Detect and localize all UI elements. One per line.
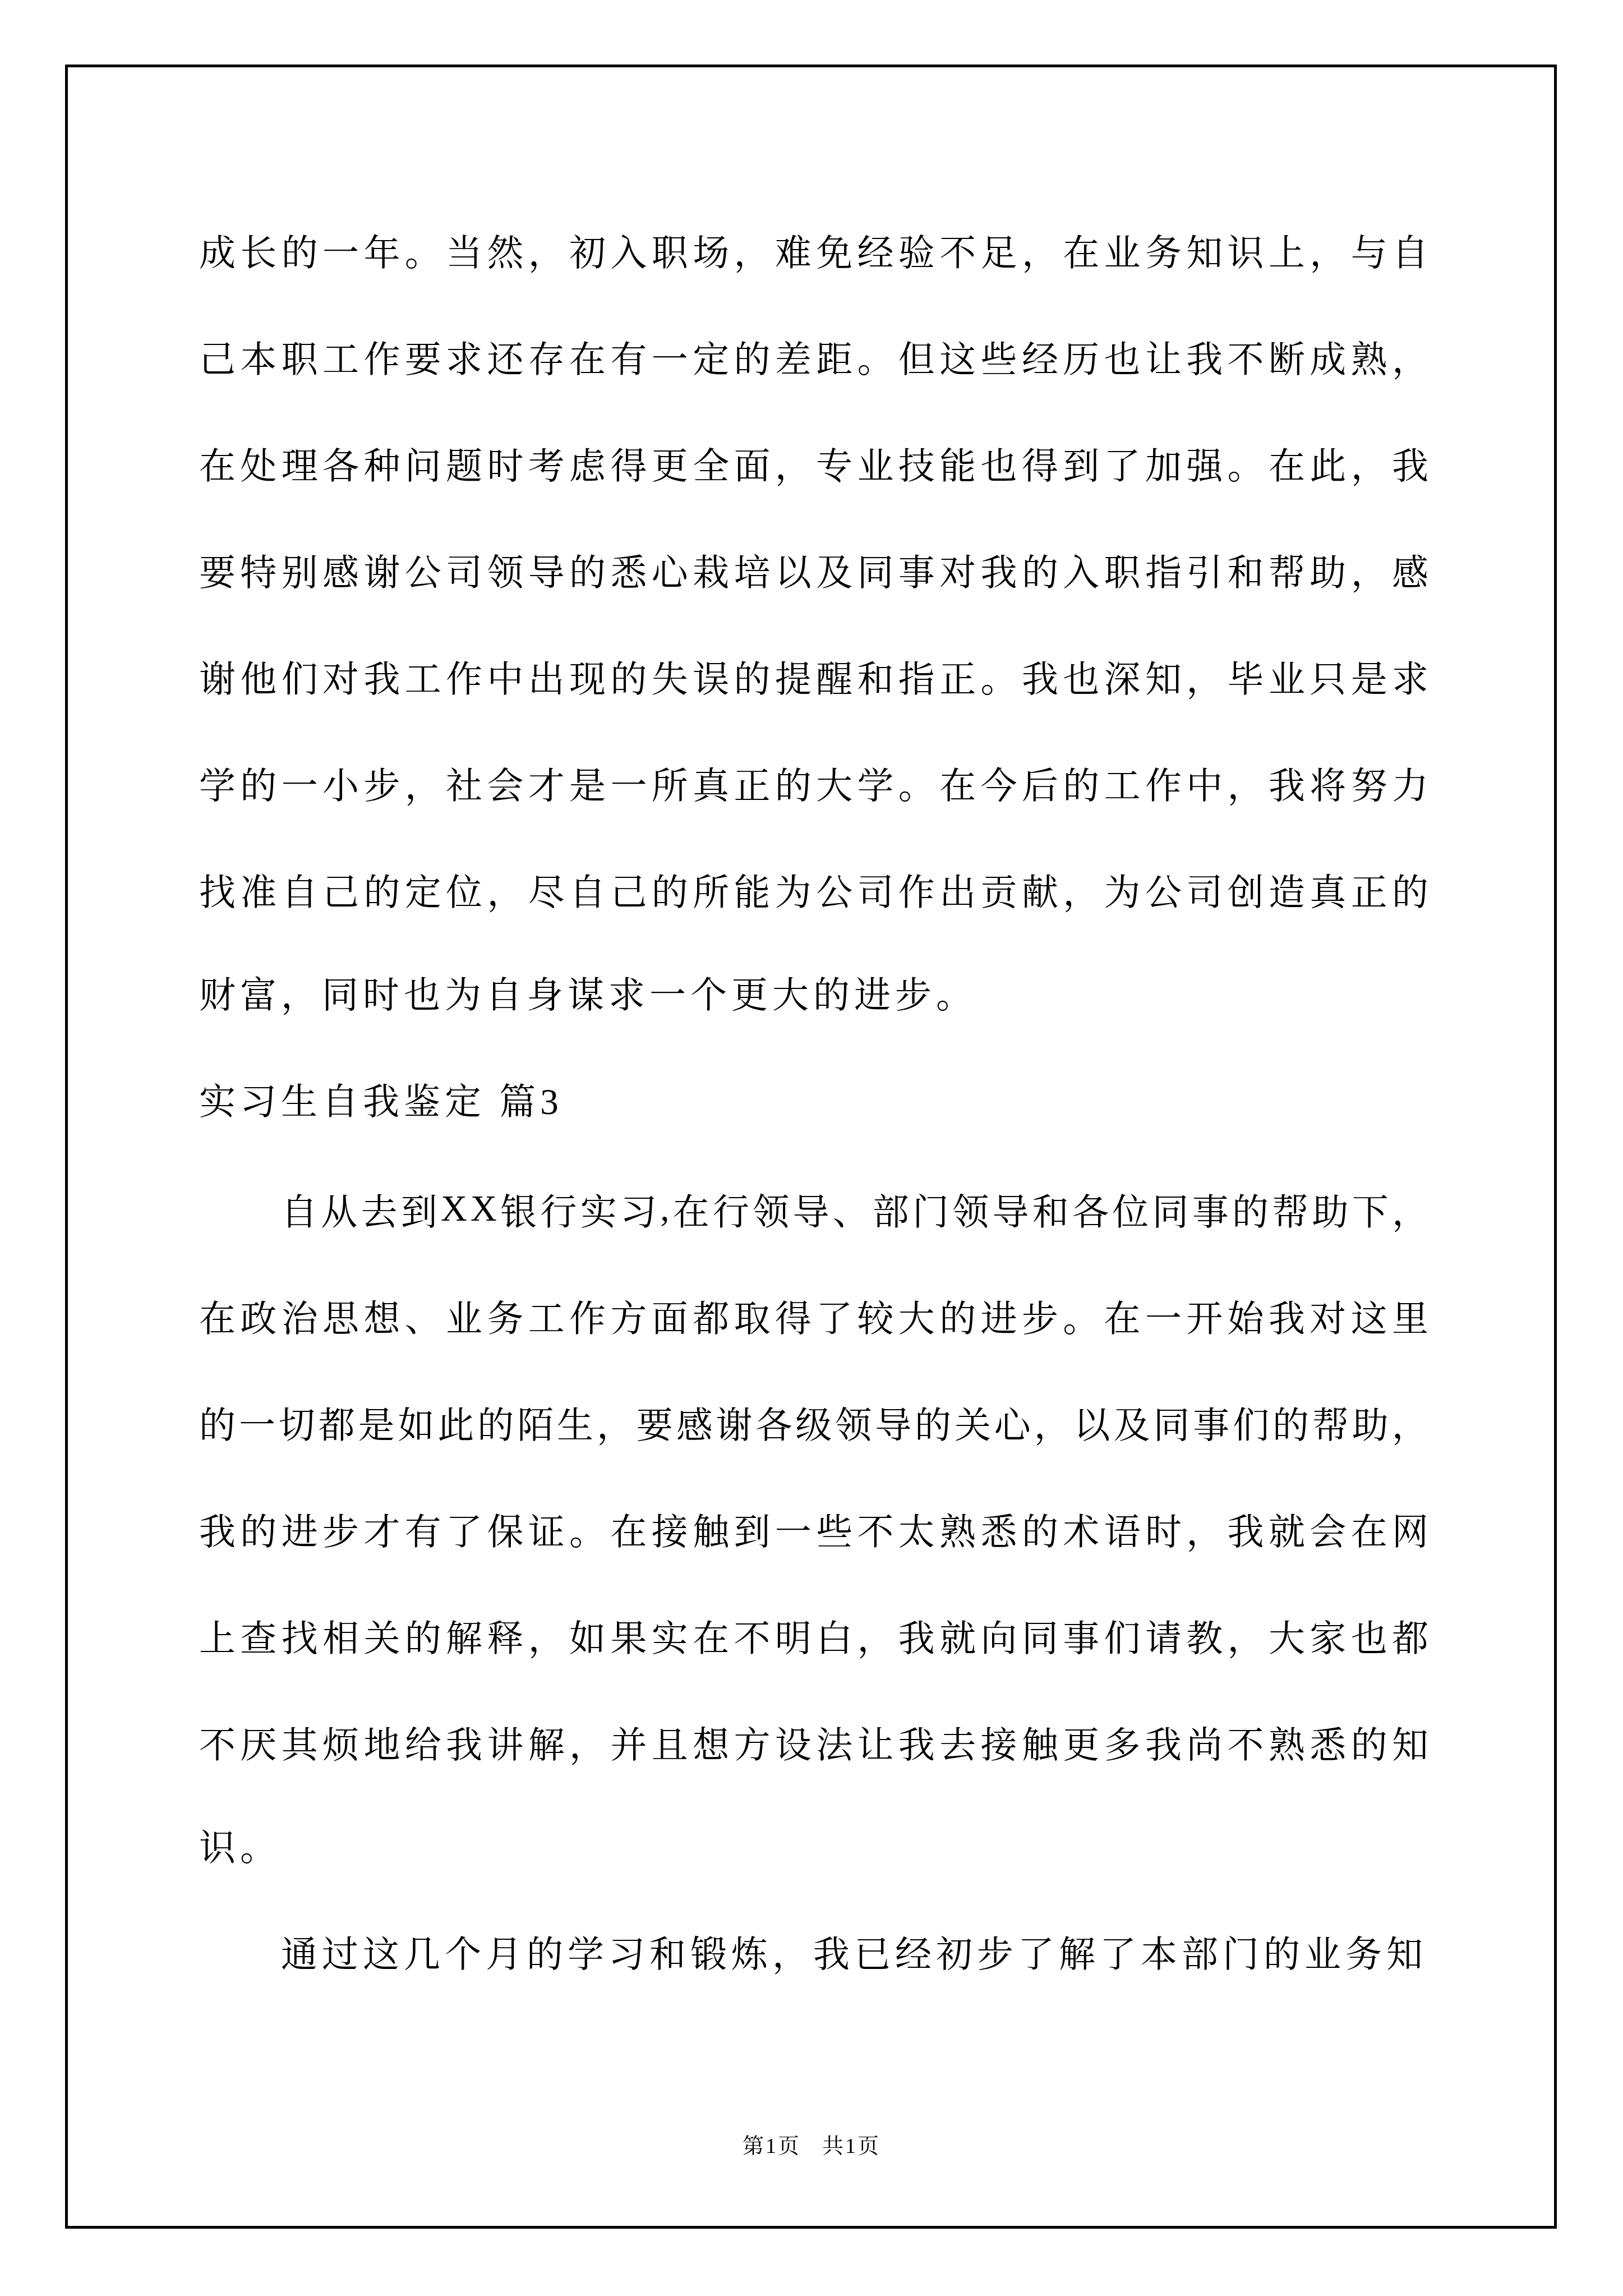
text-line: 实习生自我鉴定 篇3 [199,1049,1428,1156]
text-line: 通过这几个月的学习和锻炼，我已经初步了解了本部门的业务知 [199,1902,1428,2008]
text-line: 在处理各种问题时考虑得更全面，专业技能也得到了加强。在此，我 [199,409,1428,516]
paragraph-learning: 通过这几个月的学习和锻炼，我已经初步了解了本部门的业务知 [199,1902,1428,2008]
text-line: 找准自己的定位，尽自己的所能为公司作出贡献，为公司创造真正的 [199,836,1428,942]
text-line: 要特别感谢公司领导的悉心栽培以及同事对我的入职指引和帮助，感 [199,516,1428,623]
text-line: 财富，同时也为自身谋求一个更大的进步。 [199,942,1428,1049]
paragraph-continuation: 成长的一年。当然，初入职场，难免经验不足，在业务知识上，与自己本职工作要求还存在… [199,196,1428,1049]
section-heading: 实习生自我鉴定 篇3 [199,1049,1428,1156]
text-line: 在政治思想、业务工作方面都取得了较大的进步。在一开始我对这里 [199,1262,1428,1369]
text-line: 谢他们对我工作中出现的失误的提醒和指正。我也深知，毕业只是求 [199,623,1428,729]
page-number-total: 共1页 [822,2134,880,2158]
text-line: 的一切都是如此的陌生，要感谢各级领导的关心，以及同事们的帮助， [199,1369,1428,1475]
text-line: 成长的一年。当然，初入职场，难免经验不足，在业务知识上，与自 [199,196,1428,303]
paragraph-bank-internship: 自从去到XX银行实习,在行领导、部门领导和各位同事的帮助下，在政治思想、业务工作… [199,1156,1428,1902]
page-number-current: 第1页 [743,2134,801,2158]
text-line: 己本职工作要求还存在有一定的差距。但这些经历也让我不断成熟， [199,303,1428,409]
text-line: 识。 [199,1795,1428,1902]
document-page: 成长的一年。当然，初入职场，难免经验不足，在业务知识上，与自己本职工作要求还存在… [0,0,1623,2296]
text-line: 上查找相关的解释，如果实在不明白，我就向同事们请教，大家也都 [199,1582,1428,1688]
text-line: 我的进步才有了保证。在接触到一些不太熟悉的术语时，我就会在网 [199,1475,1428,1582]
text-line: 自从去到XX银行实习,在行领导、部门领导和各位同事的帮助下， [199,1156,1428,1262]
document-text: 成长的一年。当然，初入职场，难免经验不足，在业务知识上，与自己本职工作要求还存在… [199,196,1428,2008]
text-line: 学的一小步，社会才是一所真正的大学。在今后的工作中，我将努力 [199,729,1428,836]
page-footer: 第1页共1页 [0,2129,1623,2163]
text-line: 不厌其烦地给我讲解，并且想方设法让我去接触更多我尚不熟悉的知 [199,1688,1428,1795]
